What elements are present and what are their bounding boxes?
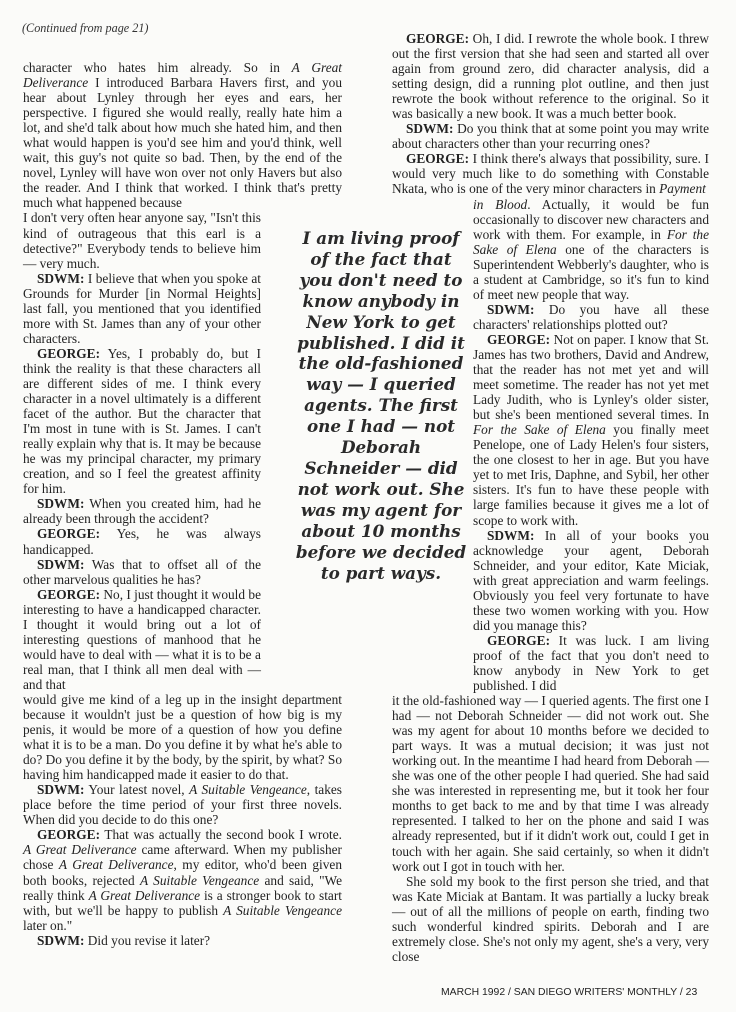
book-title: For the Sake of Elena bbox=[473, 422, 606, 437]
speaker-label: GEORGE: bbox=[37, 827, 100, 842]
answer-rewrote: GEORGE: Oh, I did. I rewrote the whole b… bbox=[392, 31, 709, 121]
speaker-label: SDWM: bbox=[406, 121, 453, 136]
answer-nkata-wrap: in Blood. Actually, it would be fun occa… bbox=[473, 197, 709, 302]
speaker-label: SDWM: bbox=[37, 271, 84, 286]
speaker-label: GEORGE: bbox=[37, 346, 100, 361]
book-title: A Great Deliverance bbox=[59, 857, 174, 872]
speaker-label: GEORGE: bbox=[37, 587, 100, 602]
right-column: GEORGE: Oh, I did. I rewrote the whole b… bbox=[392, 31, 709, 964]
answer-handicapped: GEORGE: Yes, he was always handicapped. bbox=[23, 526, 261, 556]
question-revise: SDWM: Did you revise it later? bbox=[23, 933, 342, 948]
answer-luck: GEORGE: It was luck. I am living proof o… bbox=[473, 633, 709, 693]
page-footer: MARCH 1992 / SAN DIEGO WRITERS' MONTHLY … bbox=[441, 987, 697, 998]
book-title: A Suitable Vengeance bbox=[223, 903, 342, 918]
speaker-label: SDWM: bbox=[37, 782, 84, 797]
continued-from-note: (Continued from page 21) bbox=[22, 21, 149, 36]
answer-st-james: GEORGE: Yes, I probably do, but I think … bbox=[23, 346, 261, 496]
question-offset: SDWM: Was that to offset all of the othe… bbox=[23, 557, 261, 587]
question-accident: SDWM: When you created him, had he alrea… bbox=[23, 496, 261, 526]
book-title: A Suitable Vengeance bbox=[140, 873, 259, 888]
speaker-label: GEORGE: bbox=[37, 526, 100, 541]
answer-families: GEORGE: Not on paper. I know that St. Ja… bbox=[473, 332, 709, 528]
paragraph-opening: character who hates him already. So in A… bbox=[23, 60, 342, 210]
book-title: in Blood bbox=[473, 197, 527, 212]
speaker-label: GEORGE: bbox=[487, 633, 550, 648]
book-title: A Suitable Vengeance bbox=[189, 782, 307, 797]
speaker-label: GEORGE: bbox=[406, 151, 469, 166]
question-relationships: SDWM: Do you have all these characters' … bbox=[473, 302, 709, 332]
book-title: A Great Deliverance bbox=[89, 888, 201, 903]
book-title: Payment bbox=[659, 181, 706, 196]
paragraph-opening-wrap: I don't very often hear anyone say, "Isn… bbox=[23, 210, 261, 270]
book-title: A Great Deliverance bbox=[23, 842, 137, 857]
speaker-label: SDWM: bbox=[37, 933, 84, 948]
speaker-label: SDWM: bbox=[487, 528, 534, 543]
question-other-characters: SDWM: Do you think that at some point yo… bbox=[392, 121, 709, 151]
speaker-label: SDWM: bbox=[487, 302, 534, 317]
paragraph-kate-miciak: She sold my book to the first person she… bbox=[392, 874, 709, 964]
answer-luck-wrap: it the old-fashioned way — I queried age… bbox=[392, 693, 709, 874]
speaker-label: GEORGE: bbox=[406, 31, 469, 46]
answer-second-book: GEORGE: That was actually the second boo… bbox=[23, 827, 342, 932]
speaker-label: SDWM: bbox=[37, 557, 84, 572]
narrow-right-region: in Blood. Actually, it would be fun occa… bbox=[473, 197, 709, 694]
speaker-label: GEORGE: bbox=[487, 332, 550, 347]
speaker-label: SDWM: bbox=[37, 496, 84, 511]
answer-manhood: GEORGE: No, I just thought it would be i… bbox=[23, 587, 261, 692]
question-latest-novel: SDWM: Your latest novel, A Suitable Veng… bbox=[23, 782, 342, 827]
answer-manhood-wrap: would give me kind of a leg up in the in… bbox=[23, 692, 342, 782]
question-grounds-for-murder: SDWM: I believe that when you spoke at G… bbox=[23, 271, 261, 346]
answer-nkata: GEORGE: I think there's always that poss… bbox=[392, 151, 709, 196]
question-agent-editor: SDWM: In all of your books you acknowled… bbox=[473, 528, 709, 633]
